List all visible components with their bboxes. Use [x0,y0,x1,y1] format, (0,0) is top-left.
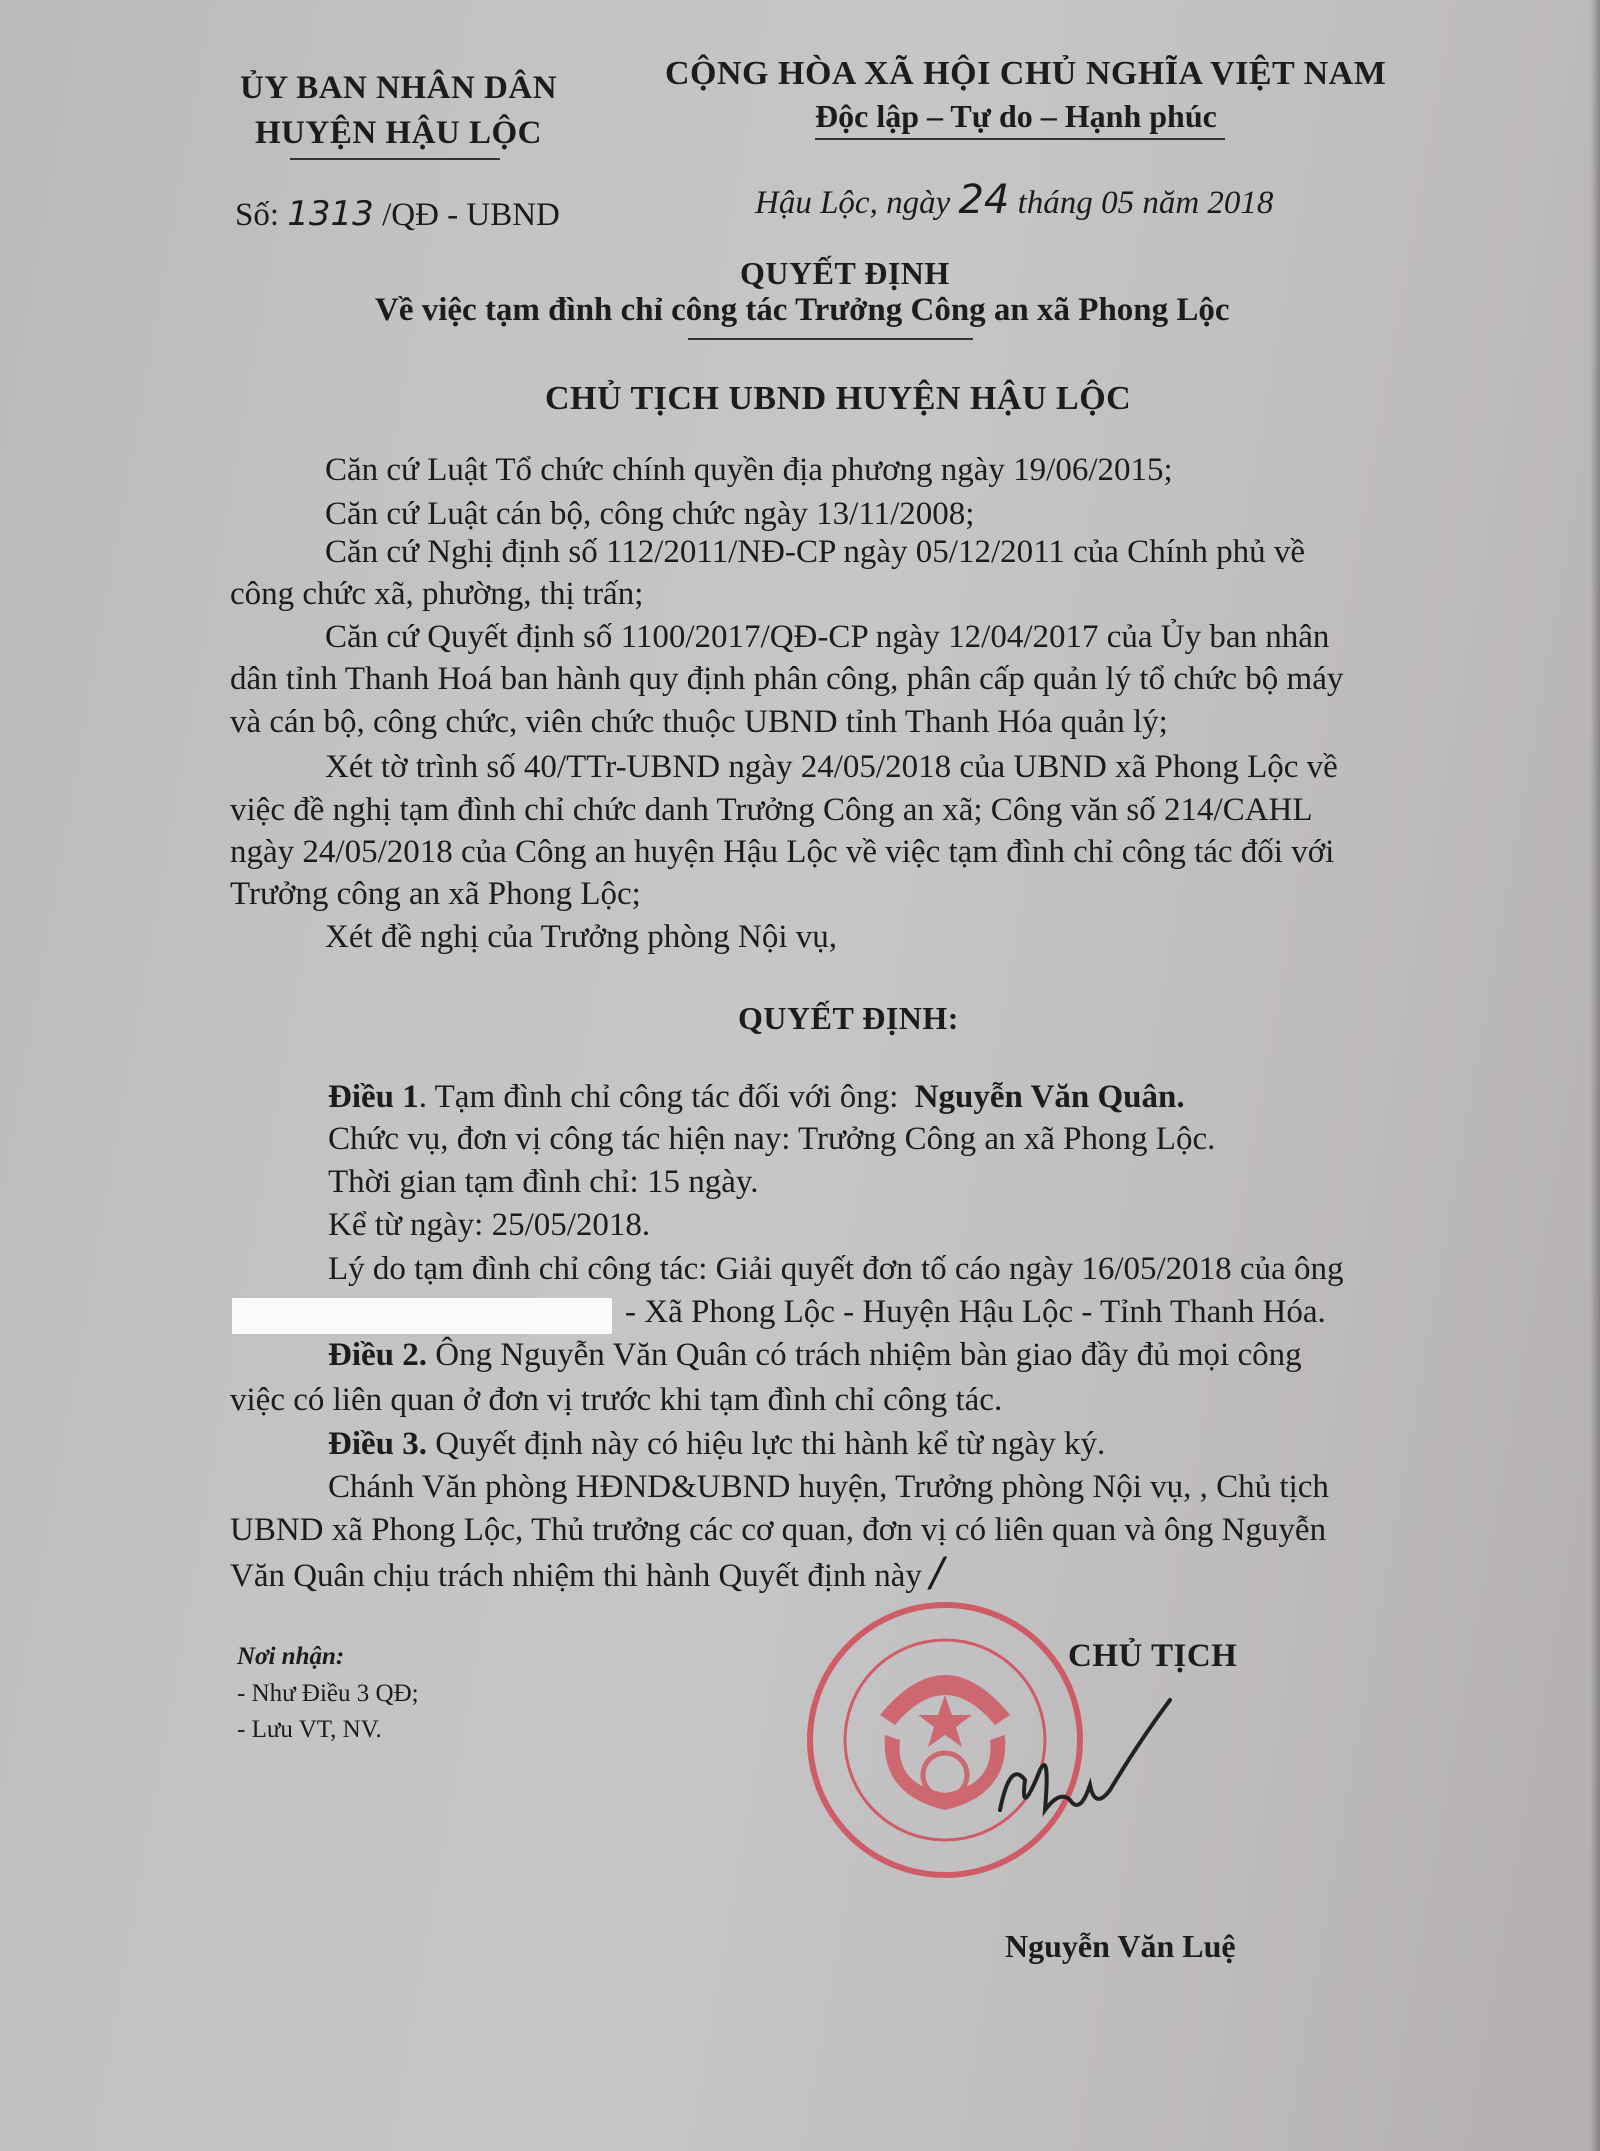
preamble-line-10: ngày 24/05/2018 của Công an huyện Hậu Lộ… [230,830,1334,874]
signer-title: CHỦ TỊCH [1068,1638,1237,1675]
article-3-line-2: Chánh Văn phòng HĐND&UBND huyện, Trưởng … [328,1465,1329,1509]
country-name: CỘNG HÒA XÃ HỘI CHỦ NGHĨA VIỆT NAM [665,55,1386,93]
article-1-text: . Tạm đình chỉ công tác đối với ông: [419,1079,899,1115]
article-2: Điều 2. Ông Nguyễn Văn Quân có trách nhi… [328,1333,1302,1377]
article-1-person: Nguyễn Văn Quân. [915,1079,1185,1115]
subject-underline [688,338,973,340]
document-number: Số: 1313 /QĐ - UBND [235,192,560,237]
article-1: Điều 1. Tạm đình chỉ công tác đối với ôn… [328,1075,1185,1119]
article-1-reason: Lý do tạm đình chỉ công tác: Giải quyết … [328,1247,1343,1291]
article-3-text: Quyết định này có hiệu lực thi hành kể t… [427,1426,1105,1462]
document-page: ỦY BAN NHÂN DÂN HUYỆN HẬU LỘC CỘNG HÒA X… [0,0,1600,2151]
recipient-item-1: - Như Điều 3 QĐ; [237,1680,419,1708]
recipient-item-2: - Lưu VT, NV. [237,1716,382,1744]
preamble-line-4: công chức xã, phường, thị trấn; [230,572,643,616]
article-2-cont: việc có liên quan ở đơn vị trước khi tạm… [230,1378,1002,1422]
date-day: 24 [958,177,1009,223]
preamble-line-6: dân tỉnh Thanh Hoá ban hành quy định phâ… [230,657,1343,701]
number-prefix: Số: [235,197,279,233]
date-year-label: năm [1142,185,1199,221]
preamble-line-1: Căn cứ Luật Tổ chức chính quyền địa phươ… [325,448,1173,492]
country-motto: Độc lập – Tự do – Hạnh phúc [815,98,1217,135]
article-3: Điều 3. Quyết định này có hiệu lực thi h… [328,1422,1105,1466]
number-suffix: /QĐ - UBND [382,197,560,233]
article-3-label: Điều 3. [328,1426,427,1462]
date-month: 05 [1101,185,1134,221]
agency-underline [290,158,500,160]
date-year: 2018 [1207,185,1273,221]
article-1-duration: Thời gian tạm đình chỉ: 15 ngày. [328,1160,758,1204]
preamble-line-8: Xét tờ trình số 40/TTr-UBND ngày 24/05/2… [325,745,1338,789]
article-3-line-3: UBND xã Phong Lộc, Thủ trưởng các cơ qua… [230,1508,1326,1552]
preamble-line-12: Xét đề nghị của Trưởng phòng Nội vụ, [325,915,837,959]
date-month-label: tháng [1018,185,1093,221]
number-handwritten: 1313 [287,194,374,234]
redacted-name [232,1298,612,1334]
signer-name: Nguyễn Văn Luệ [1005,1928,1236,1965]
document-date: Hậu Lộc, ngày 24 tháng 05 năm 2018 [755,178,1273,225]
preamble-line-11: Trưởng công an xã Phong Lộc; [230,872,641,916]
decision-heading: QUYẾT ĐỊNH: [738,1000,959,1037]
recipients-label: Nơi nhận: [237,1643,344,1671]
document-subject: Về việc tạm đình chỉ công tác Trưởng Côn… [375,292,1230,329]
handwritten-signature-icon [990,1690,1190,1840]
article-1-position: Chức vụ, đơn vị công tác hiện nay: Trưởn… [328,1117,1215,1161]
agency-name-line2: HUYỆN HẬU LỘC [255,115,542,152]
preamble-line-9: việc đề nghị tạm đình chỉ chức danh Trưở… [230,788,1313,832]
date-prefix: Hậu Lộc, ngày [755,185,950,221]
document-title: QUYẾT ĐỊNH [740,255,950,292]
article-1-start-date: Kể từ ngày: 25/05/2018. [328,1203,650,1247]
motto-underline [815,138,1225,140]
page-edge-shadow [1590,0,1600,2151]
article-2-label: Điều 2. [328,1337,427,1373]
preamble-line-7: và cán bộ, công chức, viên chức thuộc UB… [230,700,1168,744]
issuing-authority: CHỦ TỊCH UBND HUYỆN HẬU LỘC [545,380,1131,418]
article-1-reason-cont: - Xã Phong Lộc - Huyện Hậu Lộc - Tỉnh Th… [625,1290,1326,1334]
preamble-line-3: Căn cứ Nghị định số 112/2011/NĐ-CP ngày … [325,530,1305,574]
article-3-line-4: Văn Quân chịu trách nhiệm thi hành Quyết… [230,1551,944,1598]
preamble-line-5: Căn cứ Quyết định số 1100/2017/QĐ-CP ngà… [325,615,1329,659]
handwritten-mark: / [930,1550,943,1596]
article-1-label: Điều 1 [328,1079,419,1115]
article-2-text: Ông Nguyễn Văn Quân có trách nhiệm bàn g… [427,1337,1302,1373]
agency-name-line1: ỦY BAN NHÂN DÂN [240,70,557,107]
article-3-line-4-text: Văn Quân chịu trách nhiệm thi hành Quyết… [230,1558,922,1594]
